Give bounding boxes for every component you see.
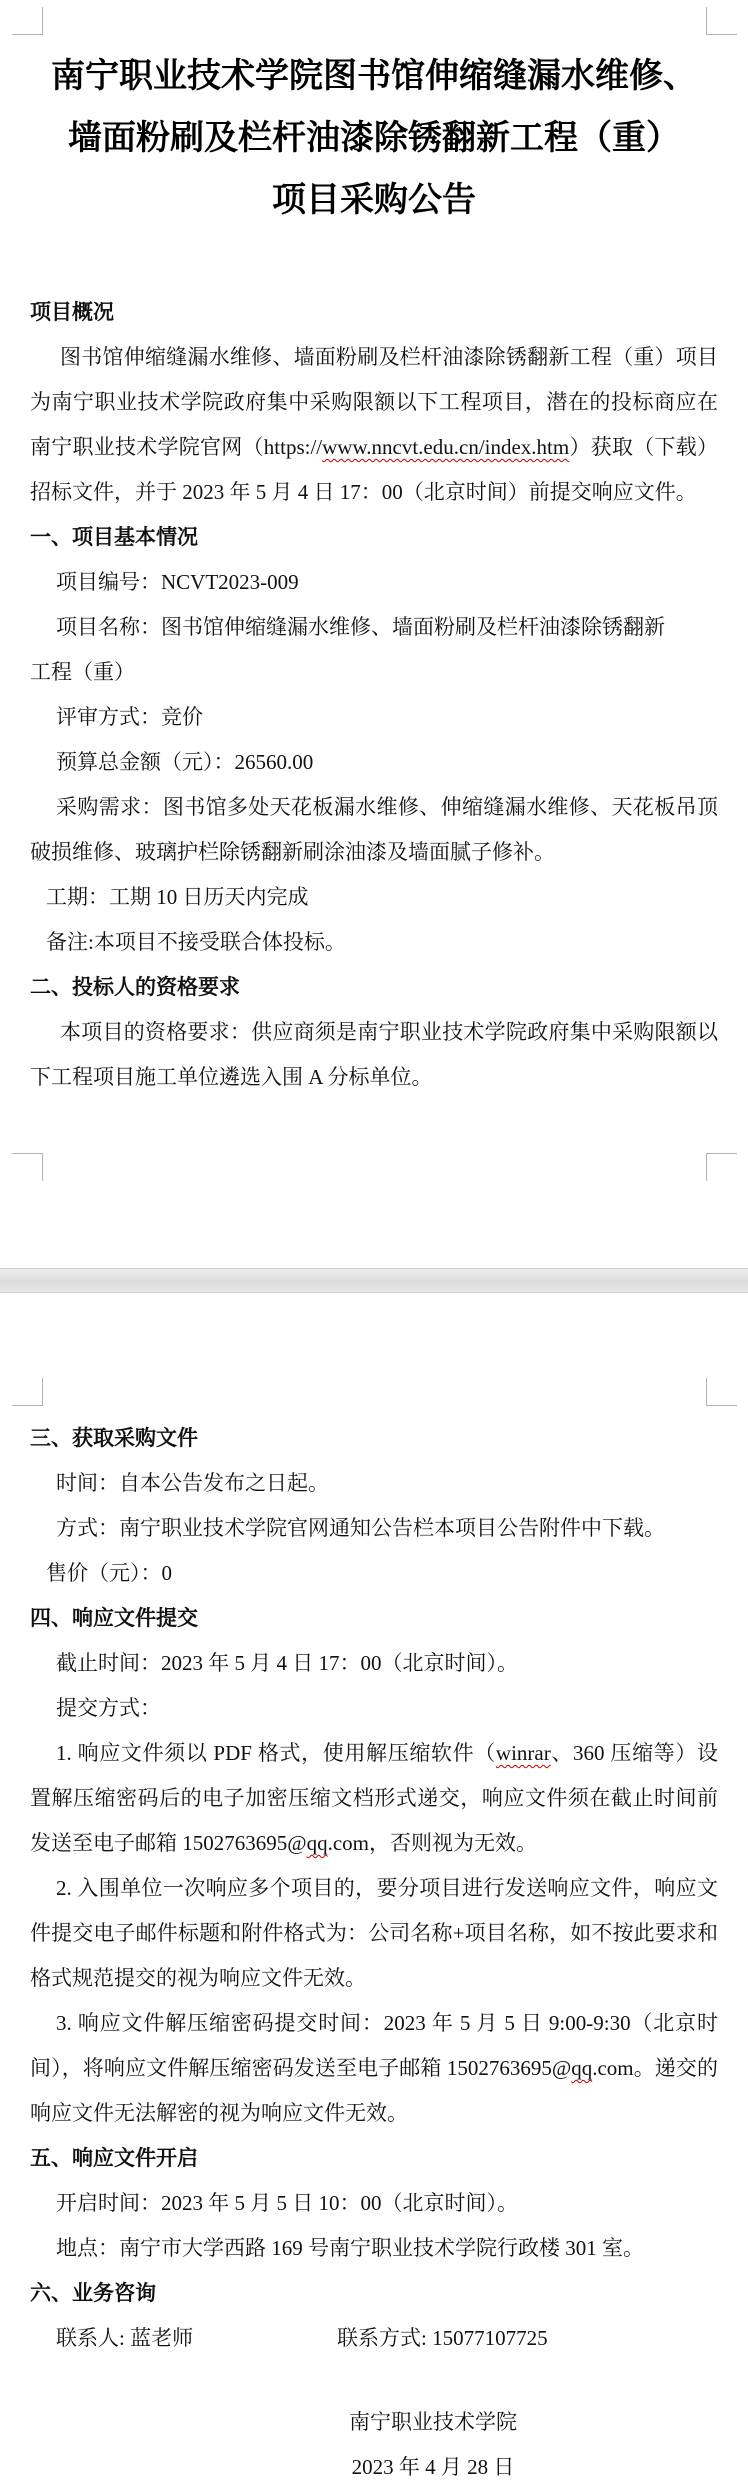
opening-location: 地点：南宁市大学西路 169 号南宁职业技术学院行政楼 301 室。 — [30, 2226, 718, 2271]
submission-item-2: 2. 入围单位一次响应多个项目的，要分项目进行发送响应文件，响应文件提交电子邮件… — [30, 1866, 718, 2001]
project-name-line1: 项目名称：图书馆伸缩缝漏水维修、墙面粉刷及栏杆油漆除锈翻新 — [30, 605, 718, 650]
signoff-block: 南宁职业技术学院 2023 年 4 月 28 日 — [148, 2400, 718, 2484]
project-duration: 工期：工期 10 日历天内完成 — [30, 875, 718, 920]
procurement-demand: 采购需求：图书馆多处天花板漏水维修、伸缩缝漏水维修、天花板吊顶破损维修、玻璃护栏… — [30, 785, 718, 875]
submission-item-1: 1. 响应文件须以 PDF 格式，使用解压缩软件（winrar、360 压缩等）… — [30, 1731, 718, 1866]
page1-bottom-right-margin-mark — [706, 1153, 737, 1181]
document-page-2: 三、获取采购文件 时间：自本公告发布之日起。 方式：南宁职业技术学院官网通知公告… — [0, 1293, 748, 2484]
page-separator — [0, 1268, 748, 1293]
page1-bottom-left-margin-mark — [12, 1153, 43, 1181]
obtain-time: 时间：自本公告发布之日起。 — [30, 1461, 718, 1506]
obtain-method: 方式：南宁职业技术学院官网通知公告栏本项目公告附件中下载。 — [30, 1506, 718, 1551]
opening-time: 开启时间：2023 年 5 月 5 日 10：00（北京时间）。 — [30, 2181, 718, 2226]
project-remark: 备注:本项目不接受联合体投标。 — [30, 920, 718, 965]
spellcheck-flagged-text: winrar — [496, 1741, 551, 1765]
contact-person: 联系人: 蓝老师 — [56, 2316, 193, 2361]
page2-content: 三、获取采购文件 时间：自本公告发布之日起。 方式：南宁职业技术学院官网通知公告… — [0, 1293, 748, 2484]
contact-row: 联系人: 蓝老师 联系方式: 15077107725 — [30, 2316, 718, 2361]
section4-heading: 四、响应文件提交 — [30, 1596, 718, 1641]
submit-method-label: 提交方式： — [30, 1686, 718, 1731]
page1-top-left-margin-mark — [12, 7, 43, 35]
document-page-1: 南宁职业技术学院图书馆伸缩缝漏水维修、 墙面粉刷及栏杆油漆除锈翻新工程（重） 项… — [0, 0, 748, 1268]
page2-top-right-margin-mark — [706, 1378, 737, 1406]
section6-heading: 六、业务咨询 — [30, 2271, 718, 2316]
section1-heading: 一、项目基本情况 — [30, 515, 718, 560]
signoff-date: 2023 年 4 月 28 日 — [148, 2445, 718, 2484]
overview-heading: 项目概况 — [30, 290, 718, 335]
budget-total: 预算总金额（元）：26560.00 — [30, 740, 718, 785]
page1-content: 南宁职业技术学院图书馆伸缩缝漏水维修、 墙面粉刷及栏杆油漆除锈翻新工程（重） 项… — [0, 0, 748, 1100]
submission-item-3: 3. 响应文件解压缩密码提交时间：2023 年 5 月 5 日 9:00-9:3… — [30, 2001, 718, 2136]
review-method: 评审方式：竞价 — [30, 695, 718, 740]
section2-heading: 二、投标人的资格要求 — [30, 965, 718, 1010]
document-title-line-3: 项目采购公告 — [30, 170, 718, 232]
text-segment: .com，否则视为无效。 — [328, 1831, 537, 1855]
project-number: 项目编号：NCVT2023-009 — [30, 560, 718, 605]
spellcheck-flagged-text: qq — [307, 1831, 328, 1855]
document-price: 售价（元）：0 — [30, 1551, 718, 1596]
project-name-line2: 工程（重） — [30, 650, 718, 695]
overview-paragraph: 图书馆伸缩缝漏水维修、墙面粉刷及栏杆油漆除锈翻新工程（重）项目为南宁职业技术学院… — [30, 335, 718, 515]
document-title-line-2: 墙面粉刷及栏杆油漆除锈翻新工程（重） — [30, 108, 718, 170]
contact-method: 联系方式: 15077107725 — [337, 2316, 548, 2361]
section3-heading: 三、获取采购文件 — [30, 1416, 718, 1461]
signoff-organization: 南宁职业技术学院 — [148, 2400, 718, 2445]
page1-top-right-margin-mark — [706, 7, 737, 35]
section5-heading: 五、响应文件开启 — [30, 2136, 718, 2181]
submission-deadline: 截止时间：2023 年 5 月 4 日 17：00（北京时间）。 — [30, 1641, 718, 1686]
text-segment: 1. 响应文件须以 PDF 格式，使用解压缩软件（ — [56, 1741, 496, 1765]
document-title-line-1: 南宁职业技术学院图书馆伸缩缝漏水维修、 — [30, 46, 718, 108]
spellcheck-flagged-text: www.nncvt.edu.cn/index.htm — [322, 435, 569, 459]
document-title: 南宁职业技术学院图书馆伸缩缝漏水维修、 墙面粉刷及栏杆油漆除锈翻新工程（重） 项… — [30, 46, 718, 232]
spellcheck-flagged-text: qq — [571, 2056, 592, 2080]
page2-top-left-margin-mark — [12, 1378, 43, 1406]
qualification-paragraph: 本项目的资格要求：供应商须是南宁职业技术学院政府集中采购限额以下工程项目施工单位… — [30, 1010, 718, 1100]
